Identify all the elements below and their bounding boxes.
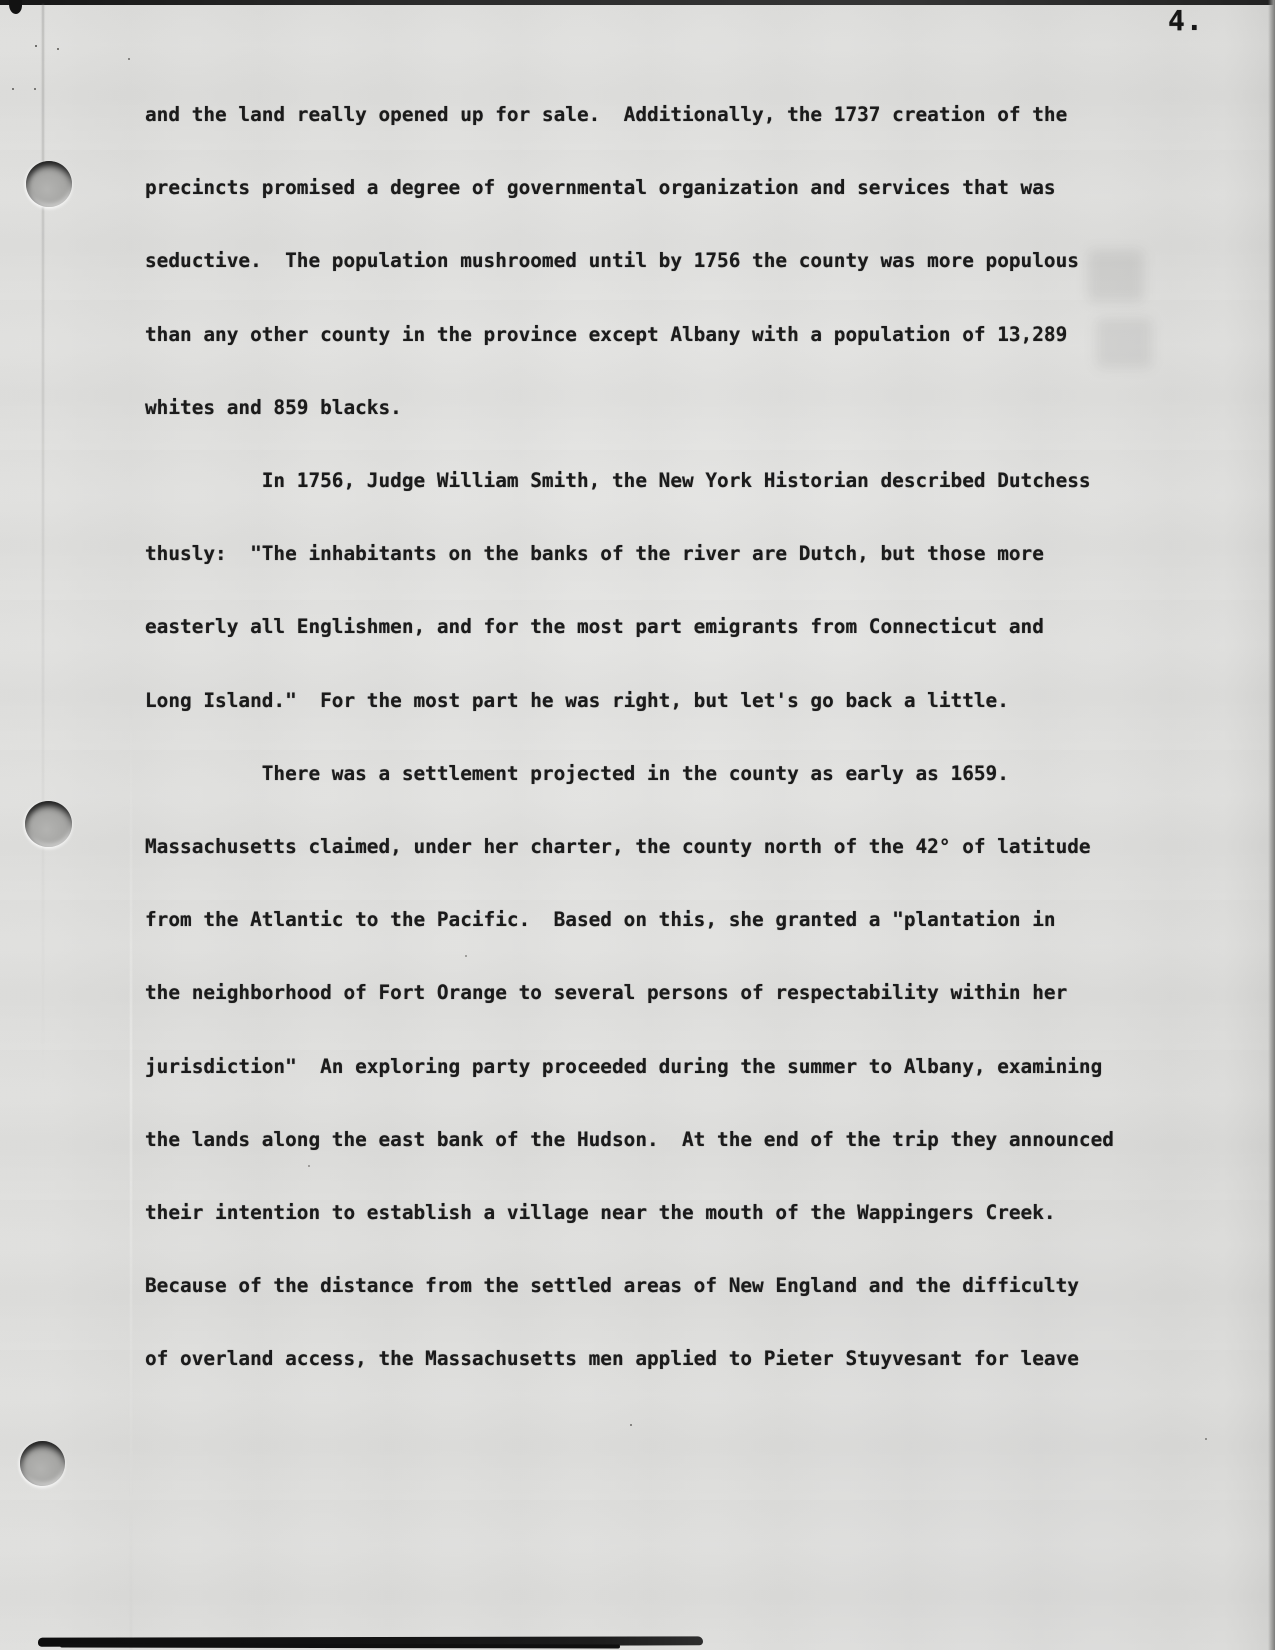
scan-artifact-blob: [9, 0, 22, 14]
text-line: thusly: "The inhabitants on the banks of…: [145, 517, 1205, 590]
text-line: Long Island." For the most part he was r…: [145, 664, 1205, 737]
text-line: jurisdiction" An exploring party proceed…: [145, 1029, 1205, 1102]
scan-bottom-mark-tail: [60, 1644, 620, 1649]
text-line: the lands along the east bank of the Hud…: [145, 1103, 1205, 1176]
paper-crease-lower: [130, 700, 132, 1650]
text-line: of overland access, the Massachusetts me…: [145, 1322, 1205, 1395]
scanned-document-page: 4. and the land really opened up for sal…: [0, 0, 1275, 1650]
document-text: and the land really opened up for sale. …: [145, 78, 1205, 1395]
scan-right-edge: [1268, 0, 1275, 1650]
text-line: the neighborhood of Fort Orange to sever…: [145, 956, 1205, 1029]
page-number: 4.: [1168, 4, 1204, 37]
text-line: Massachusetts claimed, under her charter…: [145, 810, 1205, 883]
text-line: There was a settlement projected in the …: [145, 737, 1205, 810]
text-line: In 1756, Judge William Smith, the New Yo…: [145, 444, 1205, 517]
text-line: easterly all Englishmen, and for the mos…: [145, 590, 1205, 663]
text-line: than any other county in the province ex…: [145, 298, 1205, 371]
punch-hole-top: [26, 161, 72, 207]
text-line: precincts promised a degree of governmen…: [145, 151, 1205, 224]
punch-hole-bottom: [20, 1441, 65, 1486]
scan-specks: [35, 45, 37, 47]
punch-hole-middle: [25, 801, 72, 847]
text-line: whites and 859 blacks.: [145, 371, 1205, 444]
text-line: Because of the distance from the settled…: [145, 1249, 1205, 1322]
text-line: from the Atlantic to the Pacific. Based …: [145, 883, 1205, 956]
text-line: their intention to establish a village n…: [145, 1176, 1205, 1249]
text-line: seductive. The population mushroomed unt…: [145, 224, 1205, 297]
text-line: and the land really opened up for sale. …: [145, 78, 1205, 151]
scan-top-edge: [0, 0, 1275, 5]
